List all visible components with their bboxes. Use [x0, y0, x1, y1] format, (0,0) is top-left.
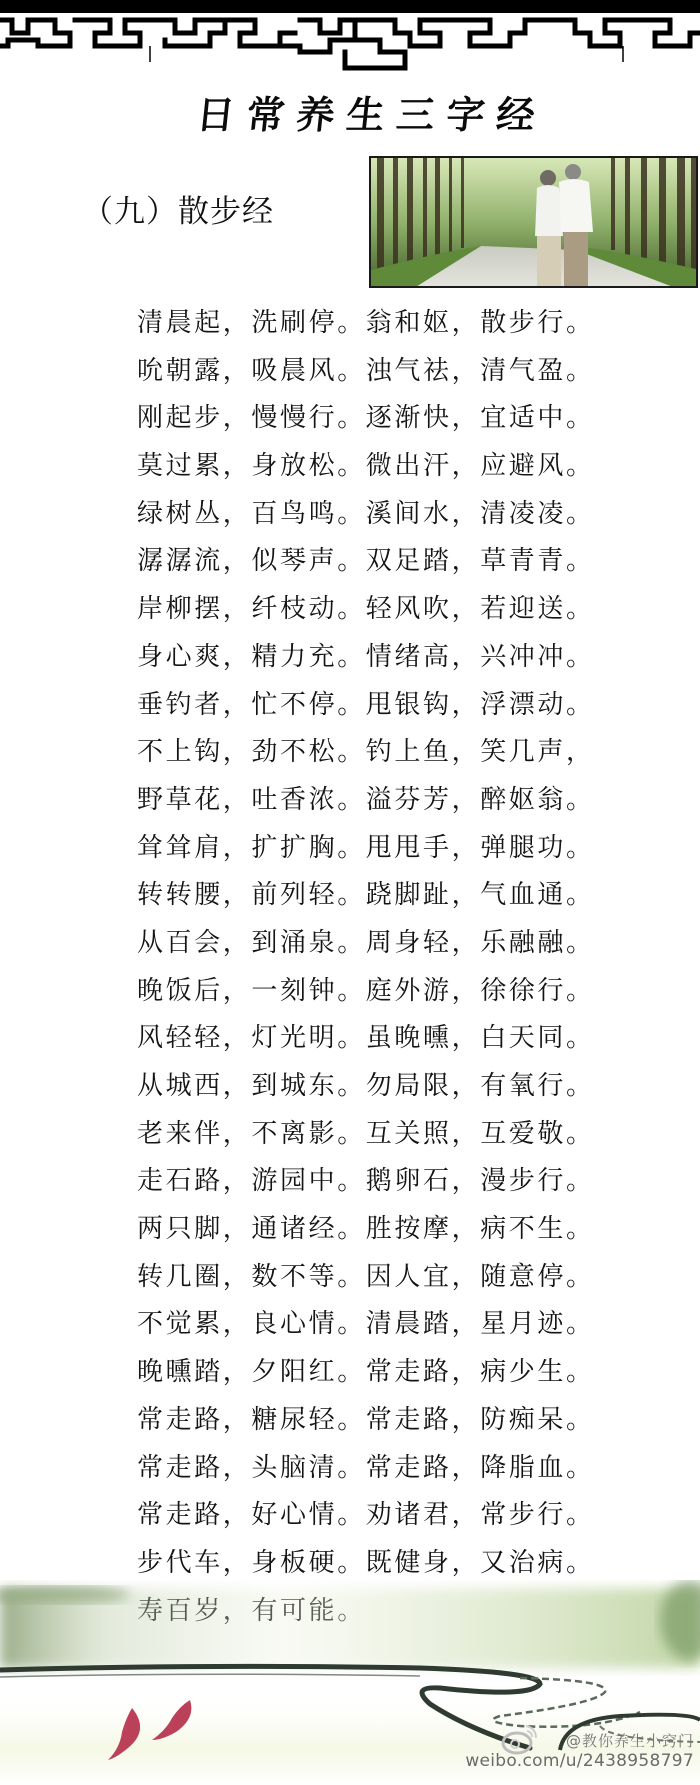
- poem-line: 清晨起，洗刷停。翁和妪，散步行。: [137, 304, 617, 352]
- poem-line: 两只脚，通诸经。胜按摩，病不生。: [137, 1210, 617, 1258]
- poem-line: 常走路，头脑清。常走路，降脂血。: [137, 1449, 617, 1497]
- page-title: 日常养生三字经: [0, 84, 700, 139]
- poem-line: 绿树丛，百鸟鸣。溪间水，清凌凌。: [137, 495, 617, 543]
- watermark-url: weibo.com/u/2438958797: [465, 1751, 694, 1771]
- poem-line: 莫过累，身放松。微出汗，应避风。: [137, 447, 617, 495]
- poem-line: 晚曛踏，夕阳红。常走路，病少生。: [137, 1353, 617, 1401]
- poem-line: 步代车，身板硬。既健身，又治病。: [137, 1544, 617, 1592]
- poem-line: 岸柳摆，纤枝动。轻风吹，若迎送。: [137, 590, 617, 638]
- poem-line: 常走路，糖尿轻。常走路，防痴呆。: [137, 1401, 617, 1449]
- poem-line: 野草花，吐香浓。溢芬芳，醉妪翁。: [137, 781, 617, 829]
- photo-couple-walking: [369, 156, 698, 288]
- poem-line: 转几圈，数不等。因人宜，随意停。: [137, 1258, 617, 1306]
- poem-line: 不觉累，良心情。清晨踏，星月迹。: [137, 1305, 617, 1353]
- poem-line: 风轻轻，灯光明。虽晚曛，白天同。: [137, 1019, 617, 1067]
- poem-line: 不上钩，劲不松。钓上鱼，笑几声，: [137, 733, 617, 781]
- poem-line: 从城西，到城东。勿局限，有氧行。: [137, 1067, 617, 1115]
- poem-line: 潺潺流，似琴声。双足踏，草青青。: [137, 542, 617, 590]
- poem-line: 耸耸肩，扩扩胸。甩甩手，弹腿功。: [137, 829, 617, 877]
- poem-line: 转转腰，前列轻。跷脚趾，气血通。: [137, 876, 617, 924]
- poem-line: 老来伴，不离影。互关照，互爱敬。: [137, 1115, 617, 1163]
- lattice-border-decoration: [0, 0, 700, 75]
- poem-line: 垂钓者，忙不停。甩银钩，浮漂动。: [137, 686, 617, 734]
- poem-line: 常走路，好心情。劝诸君，常步行。: [137, 1496, 617, 1544]
- poem-line: 寿百岁，有可能。: [137, 1592, 617, 1640]
- poem-line: 走石路，游园中。鹅卵石，漫步行。: [137, 1162, 617, 1210]
- section-subtitle: （九）散步经: [82, 186, 274, 231]
- poem-line: 刚起步，慢慢行。逐渐快，宜适中。: [137, 399, 617, 447]
- weibo-watermark: @教你养生小窍门 weibo.com/u/2438958797: [465, 1730, 694, 1771]
- poem-body: 清晨起，洗刷停。翁和妪，散步行。 吮朝露，吸晨风。浊气祛，清气盈。 刚起步，慢慢…: [137, 304, 617, 1639]
- poem-line: 吮朝露，吸晨风。浊气祛，清气盈。: [137, 352, 617, 400]
- poem-line: 从百会，到涌泉。周身轻，乐融融。: [137, 924, 617, 972]
- poem-line: 晚饭后，一刻钟。庭外游，徐徐行。: [137, 972, 617, 1020]
- poem-line: 身心爽，精力充。情绪高，兴冲冲。: [137, 638, 617, 686]
- watermark-handle: @教你养生小窍门: [465, 1730, 694, 1751]
